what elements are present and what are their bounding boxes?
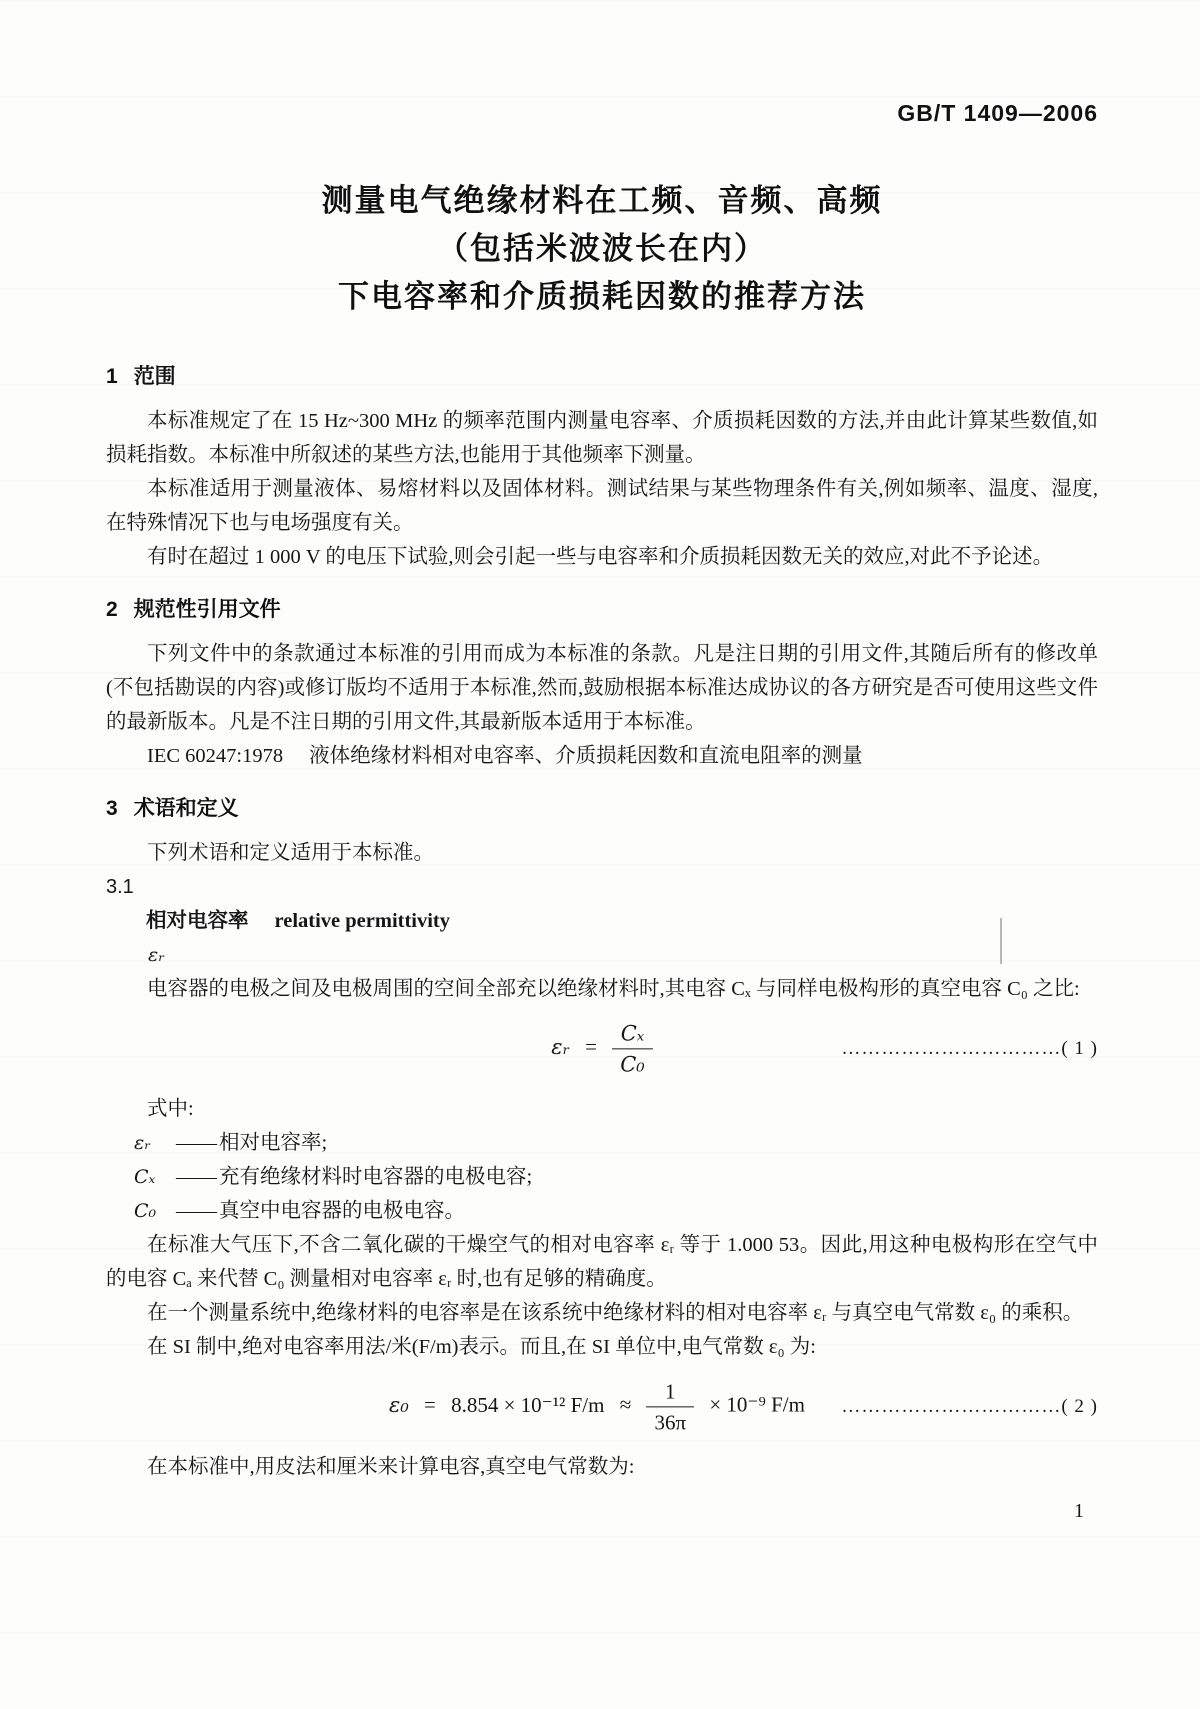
definition-symbol: Cₓ [134, 1160, 176, 1194]
definition-row-cx: Cₓ —— 充有绝缘材料时电容器的电极电容; [106, 1160, 1098, 1194]
formula-1-label: ( 1 ) [1061, 1038, 1098, 1059]
scan-artifact-line [1000, 918, 1002, 964]
formula-2-label: ( 2 ) [1061, 1396, 1098, 1417]
section-1-paragraph-2: 本标准适用于测量液体、易熔材料以及固体材料。测试结果与某些物理条件有关,例如频率… [106, 472, 1098, 540]
term-symbol: εᵣ [106, 938, 1098, 972]
term-english: relative permittivity [275, 910, 451, 932]
dot-leader: …………………………… [841, 1396, 1061, 1417]
definition-symbol: εᵣ [134, 1126, 176, 1160]
clause-3-1-paragraph-3: 在一个测量系统中,绝缘材料的电容率是在该系统中绝缘材料的相对电容率 εᵣ 与真空… [106, 1296, 1098, 1330]
title-line-1: 测量电气绝缘材料在工频、音频、高频 [106, 177, 1098, 225]
dot-leader: …………………………… [841, 1038, 1061, 1059]
definition-symbol: C₀ [134, 1194, 176, 1228]
formula-2-leader: ……………………………( 2 ) [841, 1396, 1098, 1418]
formula-2-value: 8.854 × 10⁻¹² F/m [451, 1393, 604, 1417]
section-2-paragraph-1: 下列文件中的条款通过本标准的引用而成为本标准的条款。凡是注日期的引用文件,其随后… [106, 637, 1098, 739]
section-3-title: 术语和定义 [134, 797, 239, 820]
fraction: 1 36π [646, 1379, 694, 1434]
standard-code: GB/T 1409—2006 [106, 100, 1098, 127]
where-label: 式中: [106, 1092, 1098, 1126]
clause-3-1-paragraph-4: 在 SI 制中,绝对电容率用法/米(F/m)表示。而且,在 SI 单位中,电气常… [106, 1330, 1098, 1364]
formula-2-lhs: ε₀ [389, 1393, 409, 1417]
section-1-paragraph-1: 本标准规定了在 15 Hz~300 MHz 的频率范围内测量电容率、介质损耗因数… [106, 404, 1098, 472]
section-2-heading: 2规范性引用文件 [106, 596, 1098, 623]
title-line-3: 下电容率和介质损耗因数的推荐方法 [106, 273, 1098, 321]
section-2-title: 规范性引用文件 [134, 598, 281, 621]
fraction-numerator: 1 [646, 1379, 694, 1407]
formula-2-tail: × 10⁻⁹ F/m [709, 1393, 805, 1417]
term-heading: 相对电容率relative permittivity [106, 904, 1098, 938]
equals-sign: = [585, 1035, 597, 1059]
section-1-number: 1 [106, 365, 118, 388]
equals-sign: = [424, 1393, 436, 1417]
term-chinese: 相对电容率 [146, 909, 249, 932]
formula-1-leader: ……………………………( 1 ) [841, 1038, 1098, 1060]
definition-text: 充有绝缘材料时电容器的电极电容; [219, 1160, 532, 1194]
clause-3-1-paragraph-2: 在标准大气压下,不含二氧化碳的干燥空气的相对电容率 εᵣ 等于 1.000 53… [106, 1228, 1098, 1296]
definition-text: 相对电容率; [219, 1126, 327, 1160]
page-number: 1 [106, 1500, 1098, 1523]
formula-1: εᵣ = Cₓ C₀ ……………………………( 1 ) [106, 1008, 1098, 1090]
section-1-heading: 1范围 [106, 363, 1098, 390]
section-3-intro: 下列术语和定义适用于本标准。 [106, 836, 1098, 870]
section-3-number: 3 [106, 797, 118, 820]
section-1-paragraph-3: 有时在超过 1 000 V 的电压下试验,则会引起一些与电容率和介质损耗因数无关… [106, 540, 1098, 574]
fraction-denominator: C₀ [612, 1050, 653, 1077]
approx-sign: ≈ [620, 1393, 632, 1417]
fraction: Cₓ C₀ [612, 1021, 653, 1076]
fraction-numerator: Cₓ [612, 1021, 653, 1049]
normative-reference: IEC 60247:1978液体绝缘材料相对电容率、介质损耗因数和直流电阻率的测… [106, 739, 1098, 773]
document-title: 测量电气绝缘材料在工频、音频、高频 （包括米波波长在内） 下电容率和介质损耗因数… [106, 177, 1098, 321]
definition-row-c0: C₀ —— 真空中电容器的电极电容。 [106, 1194, 1098, 1228]
reference-title: 液体绝缘材料相对电容率、介质损耗因数和直流电阻率的测量 [309, 745, 863, 767]
clause-3-1-number: 3.1 [106, 870, 1098, 904]
definition-dash: —— [176, 1160, 217, 1194]
clause-3-1-paragraph-5: 在本标准中,用皮法和厘米来计算电容,真空电气常数为: [106, 1450, 1098, 1484]
definition-dash: —— [176, 1194, 217, 1228]
formula-2: ε₀ = 8.854 × 10⁻¹² F/m ≈ 1 36π × 10⁻⁹ F/… [106, 1366, 1098, 1448]
section-3-heading: 3术语和定义 [106, 795, 1098, 822]
definition-dash: —— [176, 1126, 217, 1160]
clause-3-1-paragraph-1: 电容器的电极之间及电极周围的空间全部充以绝缘材料时,其电容 Cₓ 与同样电极构形… [106, 972, 1098, 1006]
section-1-title: 范围 [134, 365, 176, 388]
formula-1-lhs: εᵣ [551, 1035, 570, 1059]
title-line-2: （包括米波波长在内） [106, 225, 1098, 273]
fraction-denominator: 36π [646, 1408, 694, 1435]
document-page: GB/T 1409—2006 测量电气绝缘材料在工频、音频、高频 （包括米波波长… [0, 0, 1200, 1709]
definition-row-epsilon: εᵣ —— 相对电容率; [106, 1126, 1098, 1160]
definition-text: 真空中电容器的电极电容。 [219, 1194, 465, 1228]
section-2-number: 2 [106, 598, 118, 621]
reference-code: IEC 60247:1978 [147, 745, 283, 767]
